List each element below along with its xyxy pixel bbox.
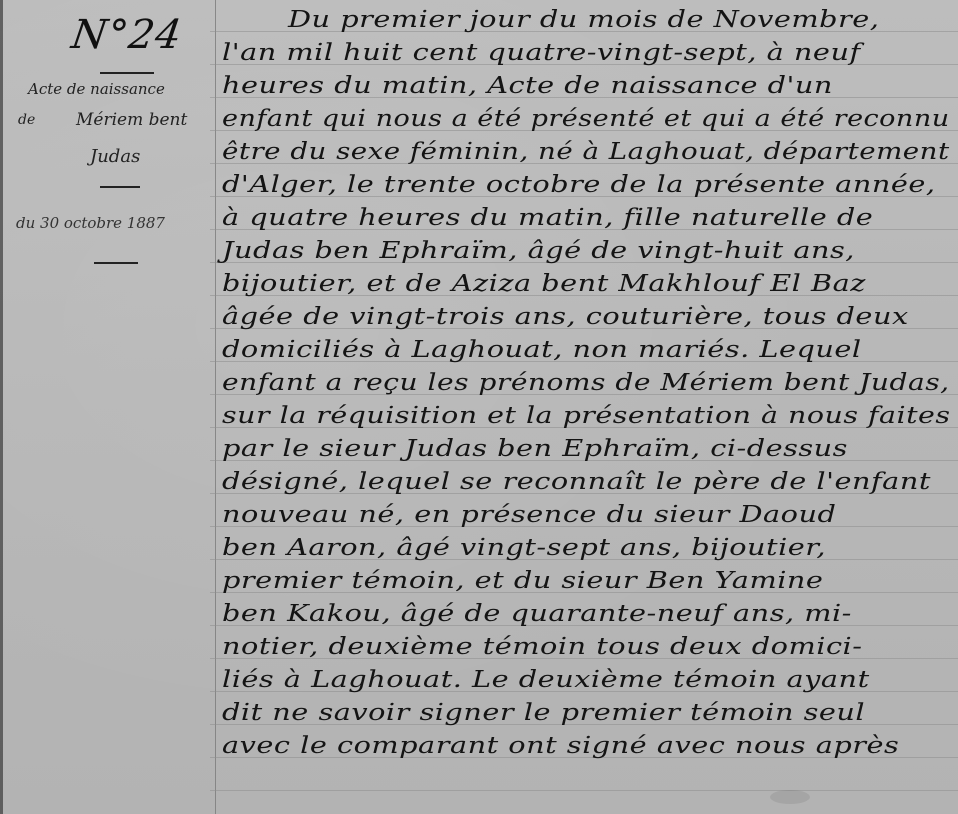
- margin-child-name: Mériem bent: [76, 110, 187, 130]
- text-line: sur la réquisition et la présentation à …: [222, 400, 951, 432]
- text-line: d'Alger, le trente octobre de la présent…: [222, 169, 936, 201]
- text-line: enfant qui nous a été présenté et qui a …: [222, 103, 950, 135]
- text-line: désigné, lequel se reconnaît le père de …: [222, 466, 931, 498]
- register-page: N°24 Acte de naissance de Mériem bent Ju…: [0, 0, 958, 814]
- divider: [100, 186, 140, 188]
- margin-birth-date: du 30 octobre 1887: [16, 214, 165, 232]
- margin-annotation: N°24 Acte de naissance de Mériem bent Ju…: [0, 0, 215, 814]
- text-line: l'an mil huit cent quatre-vingt-sept, à …: [222, 37, 861, 69]
- text-line: premier témoin, et du sieur Ben Yamine: [222, 565, 823, 597]
- margin-prefix: de: [18, 112, 35, 128]
- text-line: par le sieur Judas ben Ephraïm, ci-dessu…: [222, 433, 848, 465]
- text-line: ben Kakou, âgé de quarante-neuf ans, mi-: [222, 598, 852, 630]
- text-line: liés à Laghouat. Le deuxième témoin ayan…: [222, 664, 870, 696]
- text-line: heures du matin, Acte de naissance d'un: [222, 70, 833, 102]
- text-line: bijoutier, et de Aziza bent Makhlouf El …: [222, 268, 866, 300]
- entry-number: N°24: [69, 12, 185, 58]
- ruled-line: [210, 790, 958, 791]
- text-line: Judas ben Ephraïm, âgé de vingt-huit ans…: [222, 235, 855, 267]
- margin-child-surname: Judas: [90, 146, 140, 167]
- text-line: ben Aaron, âgé vingt-sept ans, bijoutier…: [222, 532, 826, 564]
- paper-stain: [770, 790, 810, 804]
- text-line: à quatre heures du matin, fille naturell…: [222, 202, 873, 234]
- text-line: dit ne savoir signer le premier témoin s…: [222, 697, 865, 729]
- text-line: domiciliés à Laghouat, non mariés. Leque…: [222, 334, 862, 366]
- text-line: notier, deuxième témoin tous deux domici…: [222, 631, 862, 663]
- text-line: âgée de vingt-trois ans, couturière, tou…: [222, 301, 909, 333]
- text-line: Du premier jour du mois de Novembre,: [288, 4, 879, 36]
- text-line: avec le comparant ont signé avec nous ap…: [222, 730, 899, 762]
- divider: [94, 262, 138, 264]
- margin-title: Acte de naissance: [28, 80, 165, 98]
- divider: [100, 72, 154, 74]
- text-line: être du sexe féminin, né à Laghouat, dép…: [222, 136, 950, 168]
- text-line: enfant a reçu les prénoms de Mériem bent…: [222, 367, 950, 399]
- text-line: nouveau né, en présence du sieur Daoud: [222, 499, 836, 531]
